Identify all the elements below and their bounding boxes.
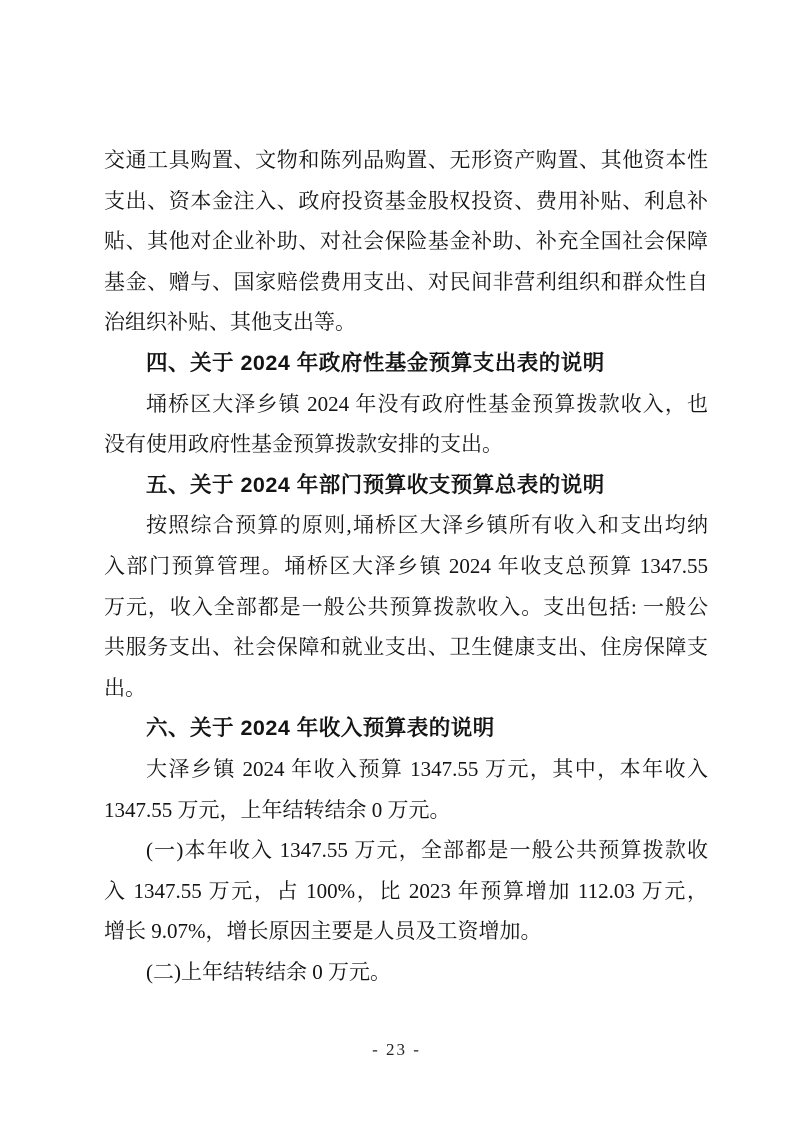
text-line: 治组织补贴、其他支出等。 (104, 302, 708, 343)
heading-section-6: 六、关于 2024 年收入预算表的说明 (104, 708, 708, 749)
para-section-6-item-2: (二)上年结转结余 0 万元。 (104, 952, 708, 993)
text-line: 入 1347.55 万元，占 100%，比 2023 年预算增加 112.03 … (104, 871, 708, 912)
text-line: (二)上年结转结余 0 万元。 (104, 952, 708, 993)
text-line: 出。 (104, 668, 708, 709)
text-line: 入部门预算管理。埇桥区大泽乡镇 2024 年收支总预算 1347.55 (104, 546, 708, 587)
heading-section-5: 五、关于 2024 年部门预算收支预算总表的说明 (104, 465, 708, 506)
para-section-4-body: 埇桥区大泽乡镇 2024 年没有政府性基金预算拨款收入，也没有使用政府性基金预算… (104, 384, 708, 465)
page-footer: - 23 - (0, 1040, 793, 1060)
text-line: 大泽乡镇 2024 年收入预算 1347.55 万元，其中，本年收入 (104, 749, 708, 790)
page-number: - 23 - (372, 1040, 421, 1059)
text-line: 基金、赠与、国家赔偿费用支出、对民间非营利组织和群众性自 (104, 262, 708, 303)
para-section-6-item-1: (一)本年收入 1347.55 万元，全部都是一般公共预算拨款收入 1347.5… (104, 830, 708, 952)
text-line: 贴、其他对企业补助、对社会保险基金补助、补充全国社会保障 (104, 221, 708, 262)
text-line: (一)本年收入 1347.55 万元，全部都是一般公共预算拨款收 (104, 830, 708, 871)
text-line: 万元，收入全部都是一般公共预算拨款收入。支出包括: 一般公 (104, 587, 708, 628)
heading-line: 六、关于 2024 年收入预算表的说明 (104, 708, 708, 749)
text-line: 增长 9.07%，增长原因主要是人员及工资增加。 (104, 911, 708, 952)
heading-section-4: 四、关于 2024 年政府性基金预算支出表的说明 (104, 343, 708, 384)
text-line: 支出、资本金注入、政府投资基金股权投资、费用补贴、利息补 (104, 181, 708, 222)
heading-line: 四、关于 2024 年政府性基金预算支出表的说明 (104, 343, 708, 384)
heading-line: 五、关于 2024 年部门预算收支预算总表的说明 (104, 465, 708, 506)
document-content: 交通工具购置、文物和陈列品购置、无形资产购置、其他资本性支出、资本金注入、政府投… (104, 140, 708, 992)
text-line: 按照综合预算的原则,埇桥区大泽乡镇所有收入和支出均纳 (104, 505, 708, 546)
text-line: 1347.55 万元，上年结转结余 0 万元。 (104, 790, 708, 831)
text-line: 共服务支出、社会保障和就业支出、卫生健康支出、住房保障支 (104, 627, 708, 668)
para-capital-expense-items-continued: 交通工具购置、文物和陈列品购置、无形资产购置、其他资本性支出、资本金注入、政府投… (104, 140, 708, 343)
text-line: 没有使用政府性基金预算拨款安排的支出。 (104, 424, 708, 465)
document-page: 交通工具购置、文物和陈列品购置、无形资产购置、其他资本性支出、资本金注入、政府投… (0, 0, 793, 1122)
para-section-6-intro: 大泽乡镇 2024 年收入预算 1347.55 万元，其中，本年收入1347.5… (104, 749, 708, 830)
para-section-5-body: 按照综合预算的原则,埇桥区大泽乡镇所有收入和支出均纳入部门预算管理。埇桥区大泽乡… (104, 505, 708, 708)
text-line: 埇桥区大泽乡镇 2024 年没有政府性基金预算拨款收入，也 (104, 384, 708, 425)
text-line: 交通工具购置、文物和陈列品购置、无形资产购置、其他资本性 (104, 140, 708, 181)
